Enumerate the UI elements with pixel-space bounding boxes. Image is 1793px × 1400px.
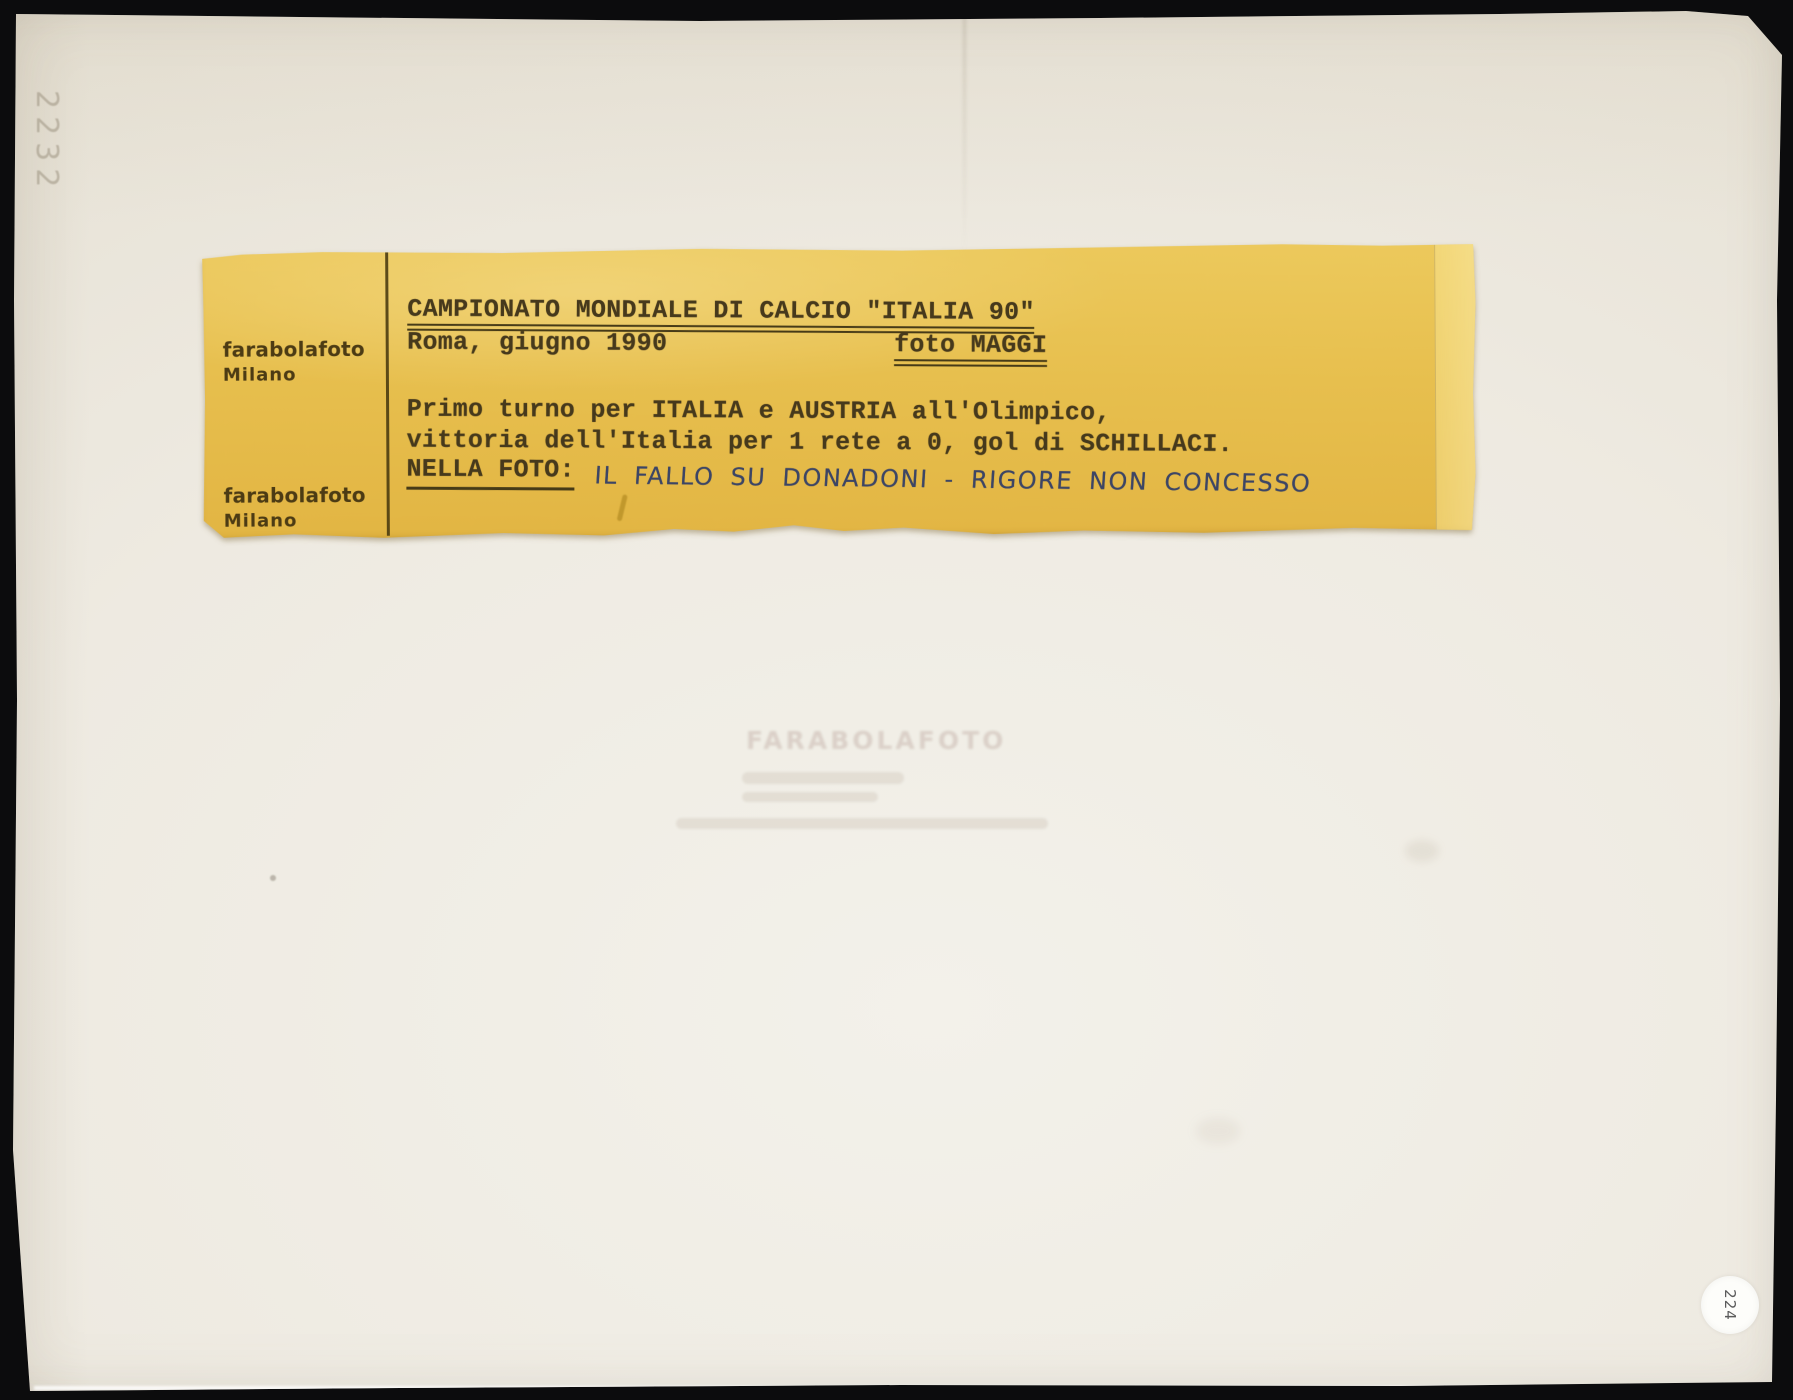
- agency-city: Milano: [224, 510, 366, 532]
- paper-crease-streak: [963, 12, 966, 254]
- agency-stamp-top: farabolafoto Milano: [223, 337, 365, 386]
- agency-city: Milano: [223, 364, 365, 386]
- caption-location-date-row: Roma, giugno 1990 foto MAGGI: [407, 328, 667, 358]
- caption-prefix: NELLA FOTO:: [406, 455, 574, 485]
- faint-stamp-smudge: [676, 818, 1048, 829]
- typewritten-caption-block: CAMPIONATO MONDIALE DI CALCIO "ITALIA 90…: [406, 295, 1467, 541]
- label-divider-line: [385, 252, 390, 536]
- paper-speck: [270, 875, 276, 881]
- faint-stamp-smudge: [742, 772, 904, 784]
- sticker-number: 224: [1721, 1289, 1739, 1321]
- photo-back-paper: 2232 farabolafoto Milano farabolafoto Mi…: [0, 0, 1793, 1400]
- agency-stamp-bottom: farabolafoto Milano: [224, 483, 366, 532]
- caption-location-date: Roma, giugno 1990: [407, 328, 667, 358]
- agency-name: farabolafoto: [223, 337, 365, 362]
- handwritten-caption: IL FALLO SU DONADONI - RIGORE NON CONCES…: [594, 461, 1313, 497]
- faint-stamp-text: FARABOLAFOTO: [746, 726, 1006, 755]
- scanned-photo-back: 2232 farabolafoto Milano farabolafoto Mi…: [0, 0, 1793, 1400]
- faint-ink-stamp: FARABOLAFOTO: [660, 722, 1070, 842]
- archive-number-sticker: 224: [1701, 1276, 1759, 1334]
- faint-stamp-smudge: [742, 792, 878, 802]
- agency-name: farabolafoto: [224, 483, 366, 508]
- photo-credit: foto MAGGI: [894, 330, 1047, 360]
- archive-label: farabolafoto Milano farabolafoto Milano …: [202, 243, 1477, 539]
- paper-stain: [1405, 840, 1439, 862]
- pencil-archive-number: 2232: [29, 90, 64, 186]
- paper-stain: [1196, 1118, 1240, 1144]
- caption-title: CAMPIONATO MONDIALE DI CALCIO "ITALIA 90…: [407, 295, 1035, 327]
- archive-label-paper: farabolafoto Milano farabolafoto Milano …: [202, 243, 1477, 539]
- caption-description-line-1: Primo turno per ITALIA e AUSTRIA all'Oli…: [407, 395, 1111, 428]
- caption-description-line-2: vittoria dell'Italia per 1 rete a 0, gol…: [407, 426, 1233, 459]
- paper-bottom-edge-highlight: [34, 1386, 1734, 1390]
